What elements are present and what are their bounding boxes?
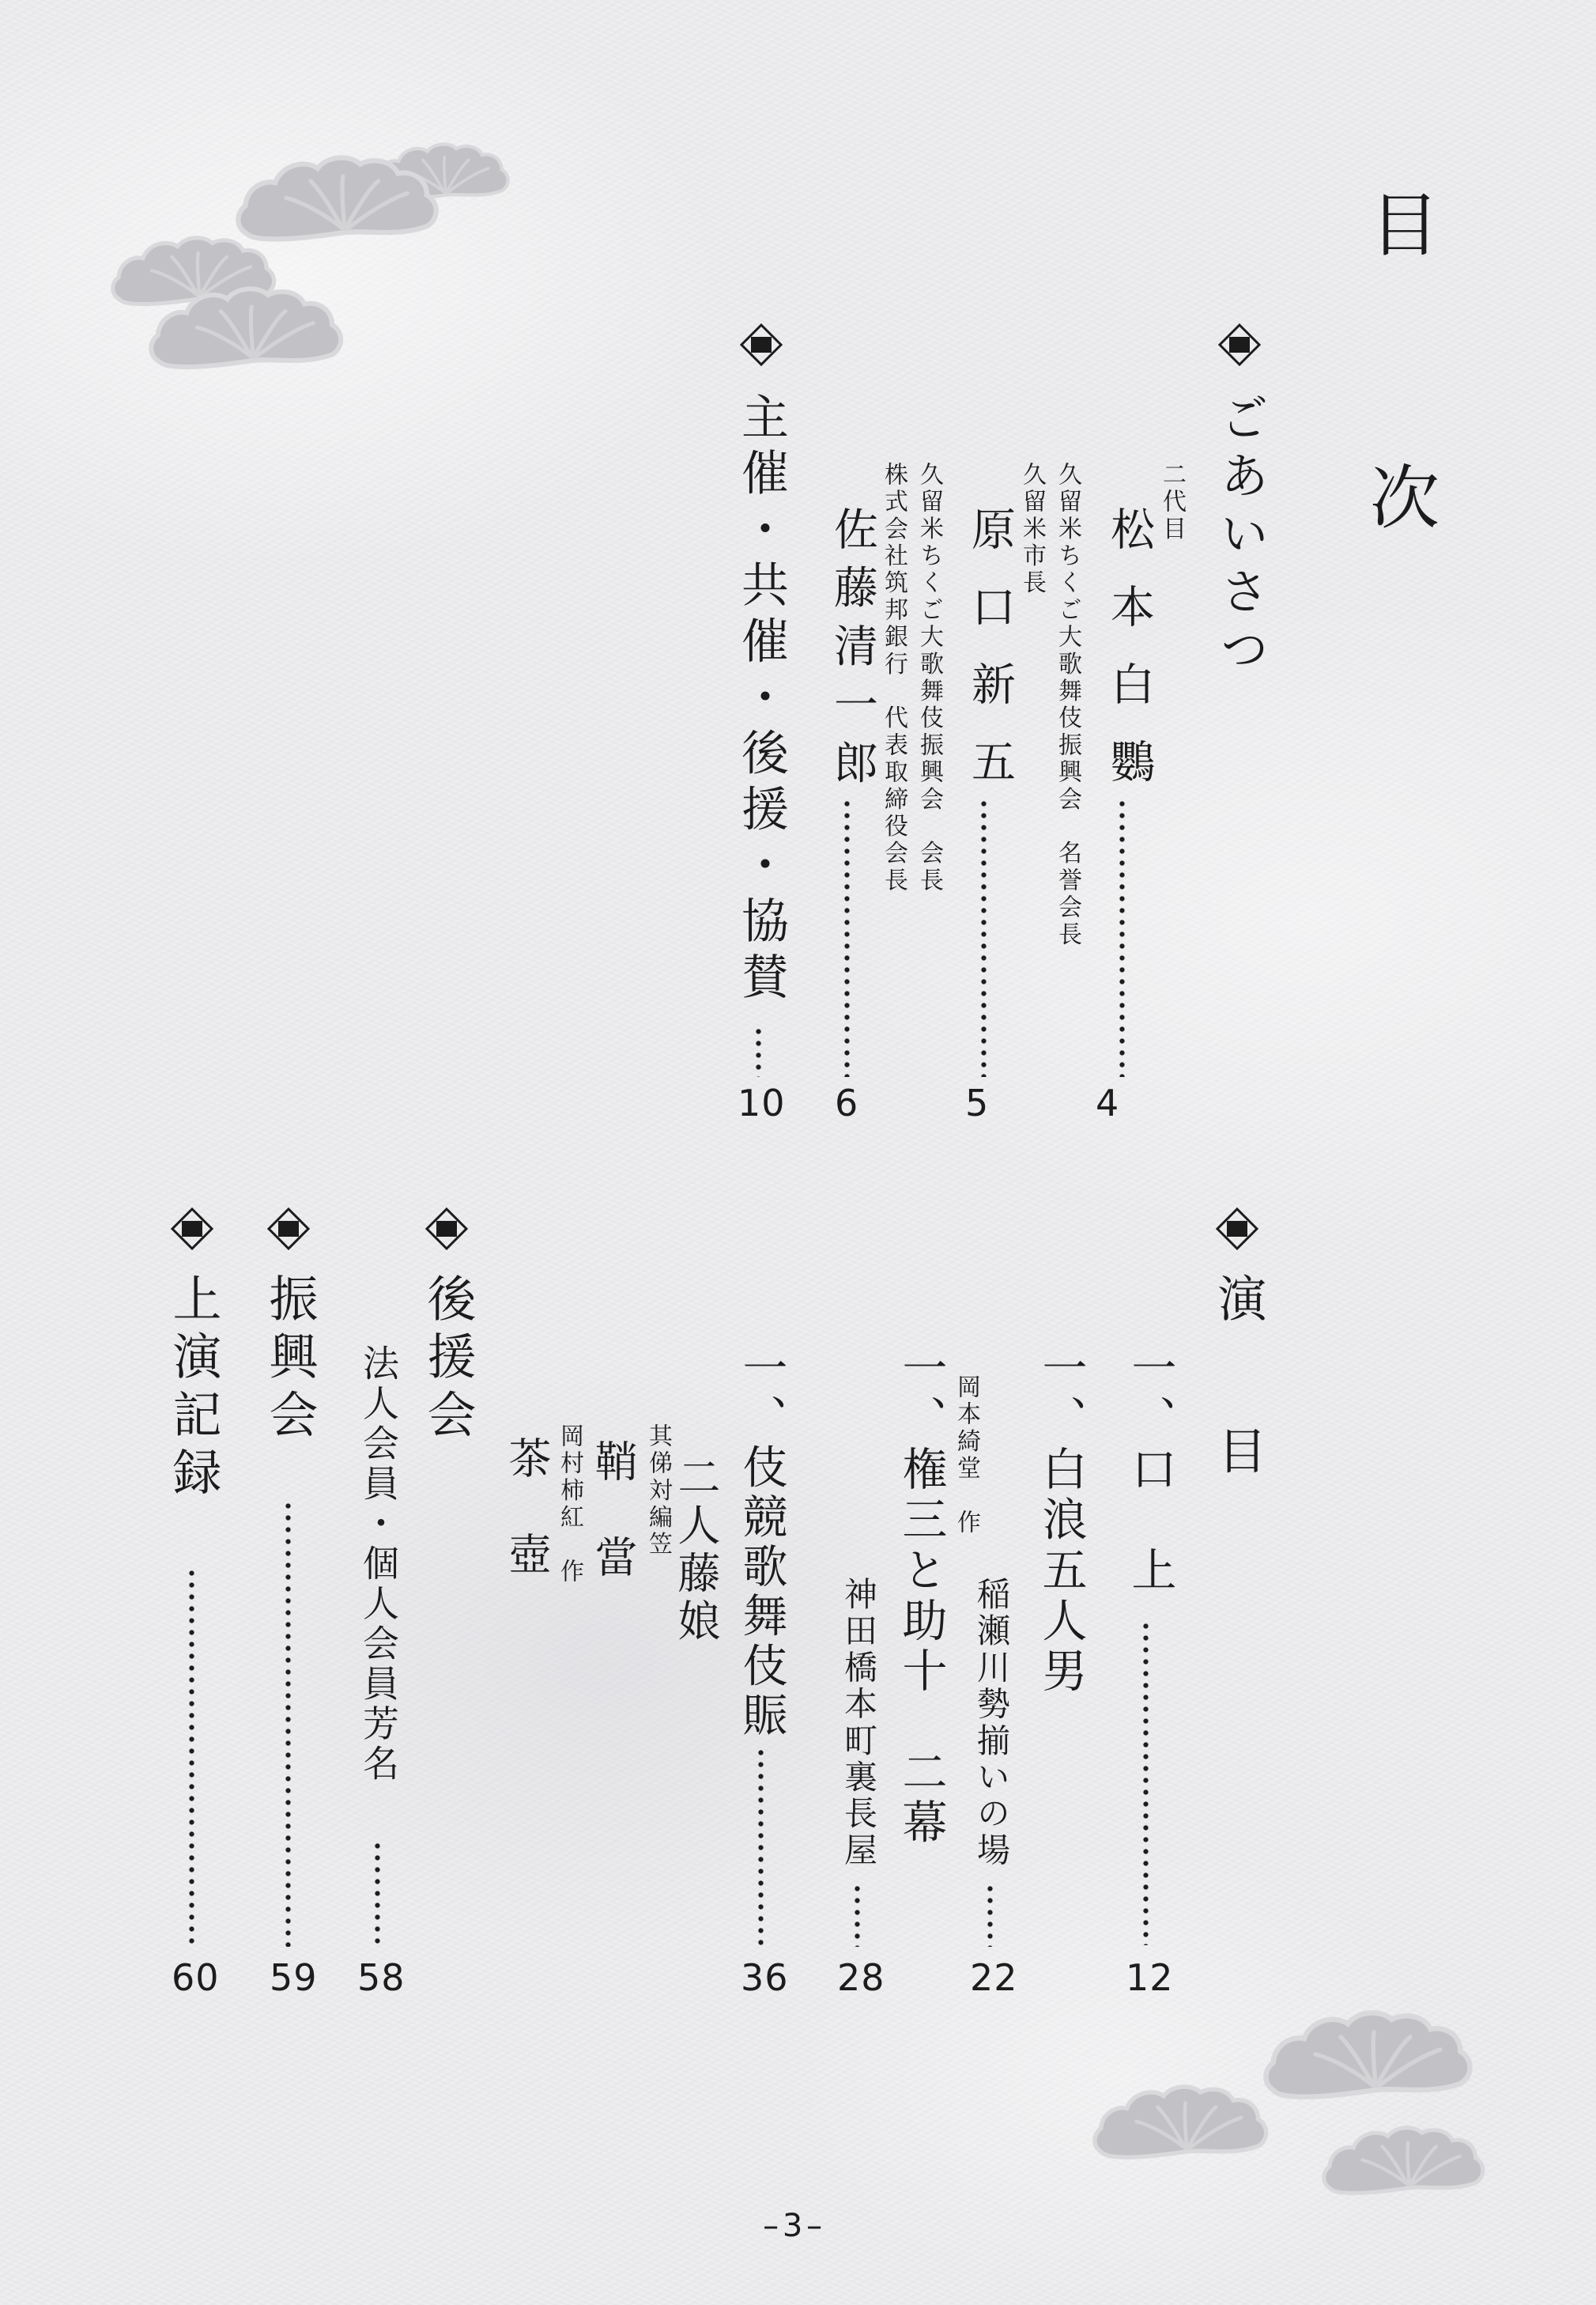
page-number: 58 xyxy=(357,1956,406,1999)
dotted-leader xyxy=(285,1502,291,1947)
section-heading-program: 演 目 xyxy=(1213,1273,1262,1501)
greeting-title: 久留米ちくご大歌舞伎振興会 会長 xyxy=(917,462,941,894)
program-item-title: 一、白浪五人男 xyxy=(1038,1344,1083,1698)
item-number: 一、 xyxy=(1036,1344,1085,1445)
page-number: 28 xyxy=(837,1956,885,1999)
greeting-title: 久留米市長 xyxy=(1020,462,1043,597)
item-title-text: 口 上 xyxy=(1125,1445,1175,1597)
greeting-name: 松本白鸚 xyxy=(1107,506,1151,816)
section-diamond-icon xyxy=(739,323,783,367)
section-diamond-icon xyxy=(266,1207,311,1251)
pine-motif-decoration xyxy=(0,0,1596,2305)
greeting-title: 株式会社筑邦銀行 代表取締役会長 xyxy=(881,462,905,894)
dotted-leader xyxy=(375,1842,380,1947)
section-heading-supporters: 後援会 xyxy=(422,1273,471,1446)
item-number: 一、 xyxy=(1125,1344,1175,1445)
page-title: 目 次 xyxy=(1363,188,1432,597)
program-item-title: 一、権三と助十 二幕 xyxy=(898,1344,943,1849)
page-number: 60 xyxy=(172,1956,220,1999)
program-subitem-author: 岡村柿紅 作 xyxy=(557,1423,581,1585)
program-subitem-title: 茶 壺 xyxy=(505,1436,548,1579)
program-subitem-title: 鞘 當 xyxy=(591,1439,634,1582)
item-number: 一、 xyxy=(896,1344,945,1445)
section-diamond-icon xyxy=(1215,1207,1259,1251)
section-diamond-icon xyxy=(424,1207,469,1251)
greeting-name-prefix: 二代目 xyxy=(1160,462,1183,543)
dotted-leader xyxy=(189,1570,194,1947)
page-number: 4 xyxy=(1096,1082,1119,1124)
dotted-leader xyxy=(855,1885,860,1947)
item-title-text: 伎競歌舞伎賑 xyxy=(736,1443,786,1740)
section-heading-greetings: ごあいさつ xyxy=(1215,392,1264,682)
program-subitem-title: 二人藤娘 xyxy=(674,1455,717,1646)
toc-page: 目 次 ごあいさつ 二代目 松本白鸚 4 久留米ちくご大歌舞伎振興会 名誉会長 … xyxy=(0,0,1596,2305)
item-number: 一、 xyxy=(736,1344,786,1443)
program-item-author: 岡本綺堂 作 xyxy=(954,1374,978,1536)
page-number: 22 xyxy=(970,1956,1018,1999)
page-number: 59 xyxy=(270,1956,318,1999)
page-number: 12 xyxy=(1126,1956,1174,1999)
folio-page-number: –3– xyxy=(715,2208,873,2244)
supporters-subheading: 法人会員・個人会員芳名 xyxy=(360,1344,396,1785)
program-subitem-subtitle: 其俤対編笠 xyxy=(646,1423,670,1559)
section-heading-records: 上演記録 xyxy=(168,1273,217,1505)
page-number: 10 xyxy=(738,1082,786,1124)
program-item-title: 一、伎競歌舞伎賑 xyxy=(738,1344,783,1741)
section-heading-association: 振興会 xyxy=(264,1273,313,1446)
item-title-text: 白浪五人男 xyxy=(1036,1445,1085,1698)
dotted-leader xyxy=(987,1885,993,1947)
page-number: 6 xyxy=(835,1082,858,1124)
greeting-name: 佐藤清一郎 xyxy=(830,506,874,799)
item-title-text: 権三と助十 二幕 xyxy=(896,1445,945,1850)
section-diamond-icon xyxy=(170,1207,214,1251)
page-number: 36 xyxy=(741,1956,789,1999)
dotted-leader xyxy=(758,1749,764,1947)
dotted-leader xyxy=(1143,1623,1149,1945)
program-item-subtitle: 神田橋本町裏長屋 xyxy=(841,1577,874,1869)
section-heading-sponsorship: 主催・共催・後援・協賛 xyxy=(738,392,785,1008)
program-item-title: 一、口 上 xyxy=(1127,1344,1172,1596)
dotted-leader xyxy=(981,800,987,1077)
greeting-name: 原口新五 xyxy=(968,506,1012,816)
dotted-leader xyxy=(1119,800,1125,1077)
greeting-title: 久留米ちくご大歌舞伎振興会 名誉会長 xyxy=(1055,462,1079,949)
program-item-subtitle: 稲瀬川勢揃いの場 xyxy=(974,1577,1007,1869)
section-diamond-icon xyxy=(1217,323,1262,367)
page-number: 5 xyxy=(965,1082,989,1124)
dotted-leader xyxy=(756,1028,761,1077)
dotted-leader xyxy=(844,800,850,1077)
